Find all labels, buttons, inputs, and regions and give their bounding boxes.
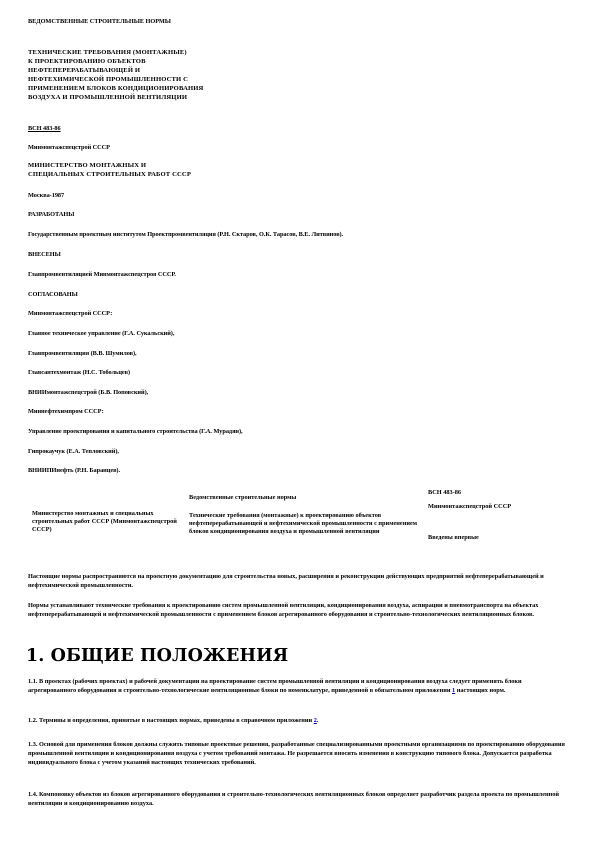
item-text: 1.2. Термины и определения, принятые в н… <box>28 717 314 724</box>
table-norms-title: Технические требования (монтажные) к про… <box>189 512 425 537</box>
table-code: ВСН 483-86 <box>428 489 588 497</box>
document-header: ВЕДОМСТВЕННЫЕ СТРОИТЕЛЬНЫЕ НОРМЫ <box>28 17 171 26</box>
section-item-1-2: 1.2. Термины и определения, принятые в н… <box>28 716 568 725</box>
agreed-item: Главсантехмонтаж (Н.С. Тобольцев) <box>28 368 130 377</box>
table-status: Введены впервые <box>428 534 588 542</box>
agreed-item: Минмонтажспецстрой СССР: <box>28 309 112 318</box>
introduced-text: Главпромвентиляцией Минмонтажспецстроя С… <box>28 270 176 279</box>
agreed-item: Управление проектирования и капитального… <box>28 427 243 436</box>
agreed-item: Миннефтехимпром СССР: <box>28 407 104 416</box>
item-text: . <box>317 717 319 724</box>
section-item-1-4: 1.4. Компоновку объектов из блоков агрег… <box>28 790 568 808</box>
intro-paragraph: Настоящие нормы распространяются на прое… <box>28 572 568 590</box>
title-line: К ПРОЕКТИРОВАНИЮ ОБЪЕКТОВ <box>28 57 203 66</box>
introduced-label: ВНЕСЕНЫ <box>28 250 61 259</box>
agreed-label: СОГЛАСОВАНЫ <box>28 290 78 299</box>
title-line: НЕФТЕХИМИЧЕСКОЙ ПРОМЫШЛЕННОСТИ С <box>28 75 203 84</box>
developed-text: Государственным проектным институтом Про… <box>28 230 343 239</box>
ministry-line: СПЕЦИАЛЬНЫХ СТРОИТЕЛЬНЫХ РАБОТ СССР <box>28 170 191 179</box>
item-text: 1.1. В проектах (рабочих проектах) и раб… <box>28 678 522 694</box>
document-agency: Минмонтажспецстрой СССР <box>28 143 110 152</box>
agreed-item: Главное техническое управление (Г.А. Сук… <box>28 329 174 338</box>
section-heading: 1. ОБЩИЕ ПОЛОЖЕНИЯ <box>26 645 288 667</box>
section-item-1-1: 1.1. В проектах (рабочих проектах) и раб… <box>28 677 568 695</box>
document-page: ВЕДОМСТВЕННЫЕ СТРОИТЕЛЬНЫЕ НОРМЫ ТЕХНИЧЕ… <box>0 0 595 842</box>
table-norms-header: Ведомственные строительные нормы <box>189 494 409 502</box>
agreed-item: Главпромвентиляция (В.В. Шумилов), <box>28 349 137 358</box>
city-year: Москва-1987 <box>28 191 64 200</box>
title-line: ПРИМЕНЕНИЕМ БЛОКОВ КОНДИЦИОНИРОВАНИЯ <box>28 84 203 93</box>
ministry-name: МИНИСТЕРСТВО МОНТАЖНЫХ И СПЕЦИАЛЬНЫХ СТР… <box>28 161 191 179</box>
agreed-item: ВНИИмонтажспецстрой (Б.В. Поповский), <box>28 388 148 397</box>
section-item-1-3: 1.3. Основой для применения блоков должн… <box>28 740 568 767</box>
developed-label: РАЗРАБОТАНЫ <box>28 210 74 219</box>
table-agency: Минмонтажспецстрой СССР <box>428 503 588 511</box>
agreed-item: ВНИИПИнефть (Р.Н. Баранцев). <box>28 466 120 475</box>
document-title: ТЕХНИЧЕСКИЕ ТРЕБОВАНИЯ (МОНТАЖНЫЕ) К ПРО… <box>28 48 203 102</box>
agreed-item: Гипрокаучук (Е.А. Тепловский), <box>28 447 119 456</box>
item-text: настоящих норм. <box>455 687 505 694</box>
title-line: НЕФТЕПЕРЕРАБАТЫВАЮЩЕЙ И <box>28 66 203 75</box>
title-line: ВОЗДУХА И ПРОМЫШЛЕННОЙ ВЕНТИЛЯЦИИ <box>28 93 203 102</box>
intro-paragraph: Нормы устанавливают технические требован… <box>28 601 568 619</box>
document-code: ВСН 483-86 <box>28 124 61 133</box>
table-ministry-cell: Министерство монтажных и специальных стр… <box>32 510 182 535</box>
title-line: ТЕХНИЧЕСКИЕ ТРЕБОВАНИЯ (МОНТАЖНЫЕ) <box>28 48 203 57</box>
ministry-line: МИНИСТЕРСТВО МОНТАЖНЫХ И <box>28 161 191 170</box>
